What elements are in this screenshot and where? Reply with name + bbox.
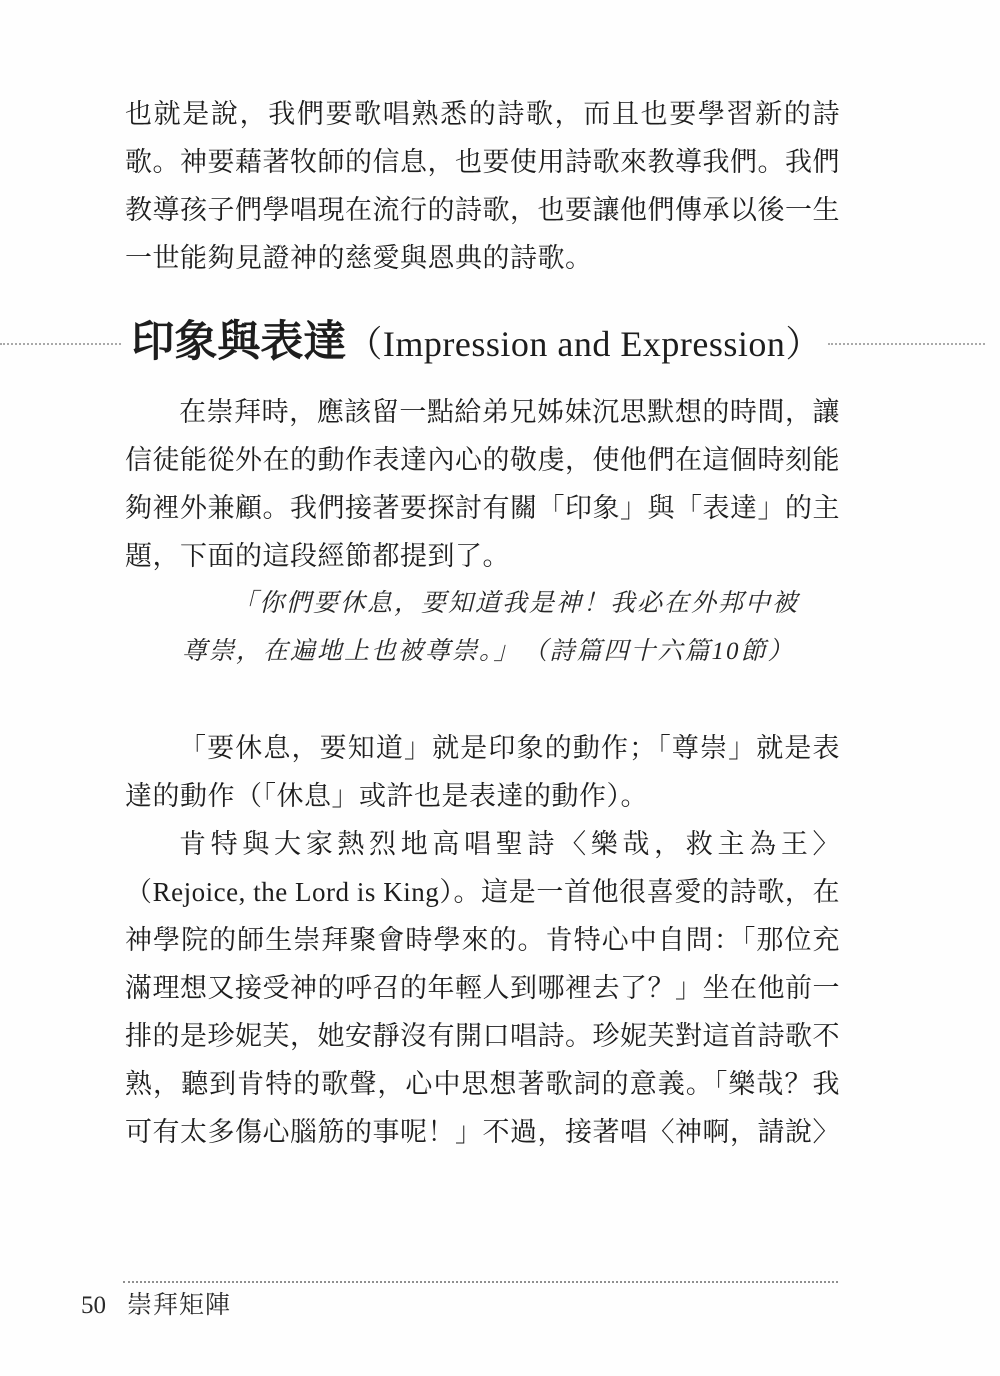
text-line: 排的是珍妮芙，她安靜沒有開口唱詩。珍妮芙對這首詩歌不	[125, 1012, 840, 1060]
text-line: 可有太多傷心腦筋的事呢！」不過，接著唱〈神啊，請說〉	[125, 1108, 840, 1156]
text-line: 信徒能從外在的動作表達內心的敬虔，使他們在這個時刻能	[125, 436, 840, 484]
heading-rule-left	[0, 343, 121, 345]
paragraph-4: 肯特與大家熱烈地高唱聖詩〈樂哉，救主為王〉 （Rejoice, the Lord…	[125, 820, 840, 1156]
footer-rule	[123, 1281, 838, 1283]
heading-rule-right	[828, 343, 985, 345]
section-title: 印象與表達（Impression and Expression）	[131, 315, 821, 372]
text-column: 也就是說，我們要歌唱熟悉的詩歌，而且也要學習新的詩 歌。神要藉著牧師的信息，也要…	[125, 90, 840, 1156]
text-line: 肯特與大家熱烈地高唱聖詩〈樂哉，救主為王〉	[125, 820, 840, 868]
paragraph-3: 「要休息，要知道」就是印象的動作；「尊崇」就是表 達的動作（「休息」或許也是表達…	[125, 724, 840, 820]
quote-line: 「你們要休息，要知道我是神！我必在外邦中被	[182, 580, 788, 628]
paragraph-2: 在崇拜時，應該留一點給弟兄姊妹沉思默想的時間，讓 信徒能從外在的動作表達內心的敬…	[125, 388, 840, 580]
text-line: 滿理想又接受神的呼召的年輕人到哪裡去了？」坐在他前一	[125, 964, 840, 1012]
text-line: 歌。神要藉著牧師的信息，也要使用詩歌來教導我們。我們	[125, 138, 840, 186]
text-line: 在崇拜時，應該留一點給弟兄姊妹沉思默想的時間，讓	[125, 388, 840, 436]
text-line: 教導孩子們學唱現在流行的詩歌，也要讓他們傳承以後一生	[125, 186, 840, 234]
scripture-quote: 「你們要休息，要知道我是神！我必在外邦中被 尊崇，在遍地上也被尊崇。」 （詩篇四…	[182, 580, 788, 676]
section-title-english: （Impression and Expression）	[346, 324, 821, 364]
text-line: 也就是說，我們要歌唱熟悉的詩歌，而且也要學習新的詩	[125, 90, 840, 138]
text-line: 一世能夠見證神的慈愛與恩典的詩歌。	[125, 234, 840, 282]
section-title-chinese: 印象與表達	[131, 319, 346, 366]
text-line: 夠裡外兼顧。我們接著要探討有關「印象」與「表達」的主	[125, 484, 840, 532]
page-footer: 50 崇拜矩陣	[81, 1290, 231, 1322]
paragraph-1: 也就是說，我們要歌唱熟悉的詩歌，而且也要學習新的詩 歌。神要藉著牧師的信息，也要…	[125, 90, 840, 282]
text-line: （Rejoice, the Lord is King）。這是一首他很喜愛的詩歌，…	[125, 868, 840, 916]
book-page: 也就是說，我們要歌唱熟悉的詩歌，而且也要學習新的詩 歌。神要藉著牧師的信息，也要…	[0, 0, 1000, 1376]
page-number: 50	[81, 1290, 106, 1322]
text-line: 神學院的師生崇拜聚會時學來的。肯特心中自問：「那位充	[125, 916, 840, 964]
section-heading: 印象與表達（Impression and Expression）	[0, 315, 985, 372]
text-line: 達的動作（「休息」或許也是表達的動作）。	[125, 772, 840, 820]
text-line: 熟，聽到肯特的歌聲，心中思想著歌詞的意義。「樂哉？我	[125, 1060, 840, 1108]
text-line: 題，下面的這段經節都提到了。	[125, 532, 840, 580]
book-title: 崇拜矩陣	[127, 1290, 231, 1322]
quote-line: 尊崇，在遍地上也被尊崇。」 （詩篇四十六篇10節）	[182, 628, 788, 676]
text-line: 「要休息，要知道」就是印象的動作；「尊崇」就是表	[125, 724, 840, 772]
